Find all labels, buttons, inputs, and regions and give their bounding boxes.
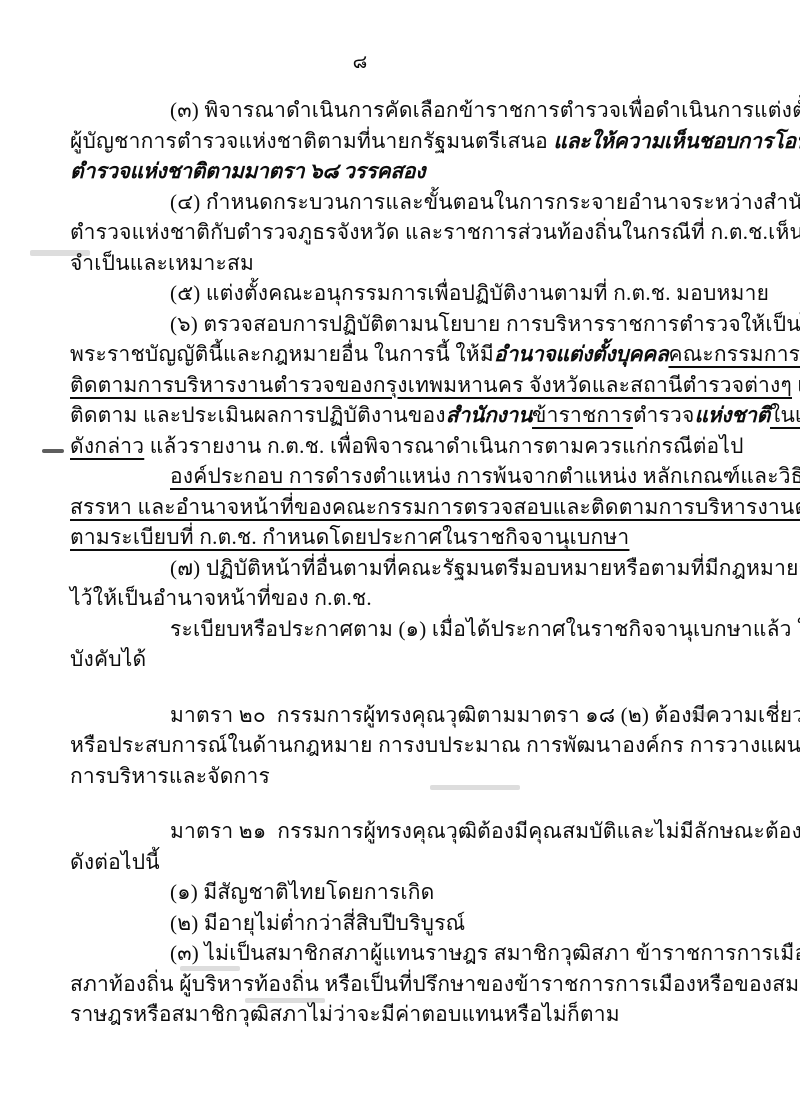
text-segment: ตำรวจแห่งชาติกับตำรวจภูธรจังหวัด และราชก…: [70, 220, 800, 244]
underlined-text-segment: คณะกรรมการตรวจสอบและ: [668, 342, 800, 366]
text-segment: ราษฎรหรือสมาชิกวุฒิสภาไม่ว่าจะมีค่าตอบแท…: [70, 1002, 620, 1026]
text-line: (๕) แต่งตั้งคณะอนุกรรมการเพื่อปฏิบัติงาน…: [170, 278, 769, 308]
scan-smudge: [42, 449, 64, 453]
underlined-text-segment: ติดตามการบริหารงานตำรวจของกรุงเทพมหานคร …: [70, 373, 792, 397]
text-segment: แล้วรายงาน ก.ต.ช. เพื่อพิจารณาดำเนินการต…: [144, 434, 743, 458]
text-line: ตำรวจแห่งชาติตามมาตรา ๖๘ วรรคสอง: [70, 156, 425, 186]
text-segment: มาตรา ๒๑ กรรมการผู้ทรงคุณวุฒิต้องมีคุณสม…: [170, 819, 800, 843]
text-line: ตามระเบียบที่ ก.ต.ช. กำหนดโดยประกาศในราช…: [70, 522, 629, 552]
text-line: สรรหา และอำนาจหน้าที่ของคณะกรรมการตรวจสอ…: [70, 492, 800, 522]
scan-speck: [180, 966, 240, 971]
text-line: ผู้บัญชาการตำรวจแห่งชาติตามที่นายกรัฐมนต…: [70, 126, 800, 156]
text-line: (๓) ไม่เป็นสมาชิกสภาผู้แทนราษฎร สมาชิกวุ…: [170, 938, 800, 968]
text-segment: จำเป็นและเหมาะสม: [70, 251, 254, 275]
text-line: ไว้ให้เป็นอำนาจหน้าที่ของ ก.ต.ช.: [70, 583, 372, 613]
text-segment: (๕) แต่งตั้งคณะอนุกรรมการเพื่อปฏิบัติงาน…: [170, 281, 769, 305]
inserted-text-segment: ตำรวจแห่งชาติตามมาตรา ๖๘ วรรคสอง: [70, 159, 425, 183]
text-segment: ติดตาม และประเมินผลการปฏิบัติงานของ: [70, 403, 446, 427]
inserted-text-segment: แห่งชาติ: [694, 403, 770, 427]
scan-speck: [690, 712, 716, 717]
underlined-text-segment: ในเขตพื้นที่: [770, 403, 800, 427]
underlined-text-segment: ดังกล่าว: [70, 434, 144, 458]
text-segment: พระราชบัญญัตินี้และกฎหมายอื่น ในการนี้ ใ…: [70, 342, 494, 366]
text-line: ราษฎรหรือสมาชิกวุฒิสภาไม่ว่าจะมีค่าตอบแท…: [70, 999, 620, 1029]
underlined-text-segment: องค์ประกอบ การดำรงตำแหน่ง การพ้นจากตำแหน…: [170, 464, 800, 488]
inserted-text-segment: สำนักงาน: [446, 403, 532, 427]
text-segment: ผู้บัญชาการตำรวจแห่งชาติตามที่นายกรัฐมนต…: [70, 129, 553, 153]
underlined-text-segment: ข้าราชการ: [532, 403, 633, 427]
text-segment: สภาท้องถิ่น ผู้บริหารท้องถิ่น หรือเป็นที…: [70, 972, 800, 996]
text-segment: เพื่อ: [792, 373, 800, 397]
text-line: (๗) ปฏิบัติหน้าที่อื่นตามที่คณะรัฐมนตรีม…: [170, 553, 800, 583]
text-line: การบริหารและจัดการ: [70, 761, 270, 791]
text-segment: (๓) พิจารณาดำเนินการคัดเลือกข้าราชการตำร…: [170, 98, 800, 122]
text-line: ดังต่อไปนี้: [70, 847, 160, 877]
text-segment: ไว้ให้เป็นอำนาจหน้าที่ของ ก.ต.ช.: [70, 586, 372, 610]
text-line: พระราชบัญญัตินี้และกฎหมายอื่น ในการนี้ ใ…: [70, 339, 800, 369]
text-segment: ตำรวจ: [633, 403, 695, 427]
text-line: สภาท้องถิ่น ผู้บริหารท้องถิ่น หรือเป็นที…: [70, 969, 800, 999]
text-line: (๒) มีอายุไม่ต่ำกว่าสี่สิบปีบริบูรณ์: [170, 908, 465, 938]
inserted-text-segment: และให้ความเห็นชอบการโอนผู้บัญชาการ: [553, 129, 800, 153]
text-segment: ดังต่อไปนี้: [70, 850, 160, 874]
underlined-text-segment: สรรหา และอำนาจหน้าที่ของคณะกรรมการตรวจสอ…: [70, 495, 800, 519]
text-line: บังคับได้: [70, 644, 146, 674]
text-line: ระเบียบหรือประกาศตาม (๑) เมื่อได้ประกาศใ…: [170, 614, 800, 644]
text-segment: (๓) ไม่เป็นสมาชิกสภาผู้แทนราษฎร สมาชิกวุ…: [170, 941, 800, 965]
text-line: หรือประสบการณ์ในด้านกฎหมาย การงบประมาณ ก…: [70, 730, 800, 760]
scan-speck: [30, 250, 90, 256]
text-line: (๔) กำหนดกระบวนการและขั้นตอนในการกระจายอ…: [170, 187, 800, 217]
text-line: ตำรวจแห่งชาติกับตำรวจภูธรจังหวัด และราชก…: [70, 217, 800, 247]
text-line: จำเป็นและเหมาะสม: [70, 248, 254, 278]
text-segment: ระเบียบหรือประกาศตาม (๑) เมื่อได้ประกาศใ…: [170, 617, 800, 641]
underlined-text-segment: ตามระเบียบที่ ก.ต.ช. กำหนดโดยประกาศในราช…: [70, 525, 629, 549]
text-line: องค์ประกอบ การดำรงตำแหน่ง การพ้นจากตำแหน…: [170, 461, 800, 491]
text-segment: (๖) ตรวจสอบการปฏิบัติตามนโยบาย การบริหาร…: [170, 312, 800, 336]
text-line: ดังกล่าว แล้วรายงาน ก.ต.ช. เพื่อพิจารณาด…: [70, 431, 744, 461]
text-line: มาตรา ๒๑ กรรมการผู้ทรงคุณวุฒิต้องมีคุณสม…: [170, 816, 800, 846]
inserted-text-segment: อำนาจแต่งตั้งบุคคล: [494, 342, 669, 366]
text-line: (๖) ตรวจสอบการปฏิบัติตามนโยบาย การบริหาร…: [170, 309, 800, 339]
text-segment: (๒) มีอายุไม่ต่ำกว่าสี่สิบปีบริบูรณ์: [170, 911, 465, 935]
text-segment: การบริหารและจัดการ: [70, 764, 270, 788]
text-segment: (๑) มีสัญชาติไทยโดยการเกิด: [170, 880, 434, 904]
text-segment: หรือประสบการณ์ในด้านกฎหมาย การงบประมาณ ก…: [70, 733, 800, 757]
page-number: ๘: [338, 50, 382, 76]
document-page: ๘ (๓) พิจารณาดำเนินการคัดเลือกข้าราชการต…: [0, 0, 800, 1110]
scan-speck: [245, 998, 325, 1003]
scan-speck: [430, 785, 520, 790]
text-line: ติดตามการบริหารงานตำรวจของกรุงเทพมหานคร …: [70, 370, 800, 400]
text-segment: (๗) ปฏิบัติหน้าที่อื่นตามที่คณะรัฐมนตรีม…: [170, 556, 800, 580]
text-line: ติดตาม และประเมินผลการปฏิบัติงานของสำนัก…: [70, 400, 800, 430]
text-segment: (๔) กำหนดกระบวนการและขั้นตอนในการกระจายอ…: [170, 190, 800, 214]
text-line: (๓) พิจารณาดำเนินการคัดเลือกข้าราชการตำร…: [170, 95, 800, 125]
text-line: (๑) มีสัญชาติไทยโดยการเกิด: [170, 877, 434, 907]
text-segment: บังคับได้: [70, 647, 146, 671]
